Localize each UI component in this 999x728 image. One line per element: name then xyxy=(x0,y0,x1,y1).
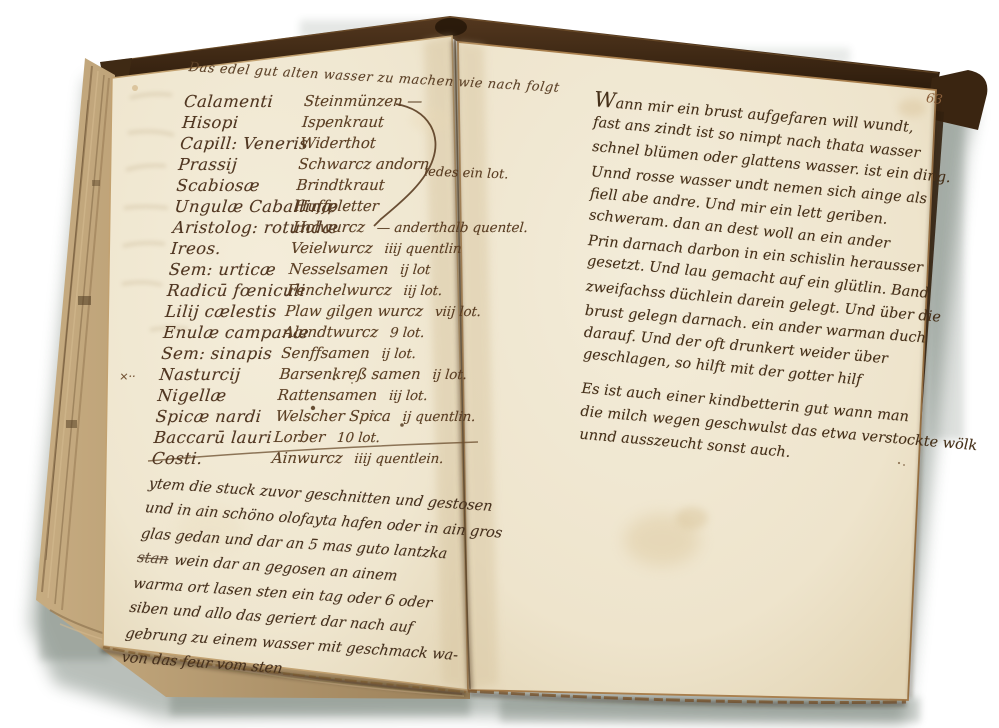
latin-name: Nigellæ xyxy=(157,386,228,405)
german-name: Barsenkreß samenij lot. xyxy=(279,365,468,383)
latin-name: Sem: sinapis xyxy=(161,344,274,363)
ingredient-row: Aristolog: rotundæHolwurcz— anderthalb q… xyxy=(114,218,506,238)
ingredient-row: HisopiIspenkraut xyxy=(123,113,515,133)
german-name: Brindtkraut xyxy=(296,176,398,194)
latin-name: Sem: urticæ xyxy=(168,260,277,279)
latin-name: Spicæ nardi xyxy=(155,407,262,426)
german-name: Ainwurcziiij quentlein. xyxy=(271,449,444,467)
ingredient-row: Ireos.Veielwurcziiij quentlin xyxy=(112,239,504,259)
german-name: Plaw gilgen wurczviij lot. xyxy=(284,302,481,320)
right-page-text-layer: Wann mir ein brust aufgefaren will wundt… xyxy=(577,82,979,535)
latin-name: Hisopi xyxy=(181,113,239,132)
ingredient-row: NasturcijBarsenkreß samenij lot. xyxy=(101,365,493,385)
ingredient-row: Ungulæ CaballinæHuffpletter xyxy=(116,197,508,217)
ingredient-row: Sem: sinapisSenffsamenij lot. xyxy=(102,344,494,364)
german-name: Widerthot xyxy=(300,134,389,152)
recipe-heading: Das edel gut alten wasser zu machen wie … xyxy=(188,60,561,96)
latin-name: Baccarū lauri xyxy=(153,428,273,447)
german-name: Schwarcz andorn xyxy=(298,155,443,173)
german-name: Senffsamenij lot. xyxy=(281,344,417,362)
ingredient-row: Baccarū lauriLorber10 lot. xyxy=(95,428,487,448)
german-name: Welscher Spicaij quentlin. xyxy=(275,407,476,425)
german-name: Huffpletter xyxy=(294,197,392,215)
ingredient-row: Capill: VenerisWiderthot xyxy=(121,134,513,154)
ingredient-row: Spicæ nardiWelscher Spicaij quentlin. xyxy=(97,407,489,427)
ingredient-row: Lilij cælestisPlaw gilgen wurczviij lot. xyxy=(106,302,498,322)
amount xyxy=(433,94,434,110)
german-name: Ispenkraut xyxy=(301,113,396,131)
german-name: Alandtwurcz9 lot. xyxy=(283,323,426,341)
ingredient-row: Radicū fœniculiFenchelwurcziij lot. xyxy=(108,281,500,301)
latin-name: Ireos. xyxy=(170,239,222,258)
latin-name: Costi. xyxy=(151,449,203,468)
german-name: Nesselsamenij lot xyxy=(288,260,431,278)
bracket-note: iedes ein lot. xyxy=(424,165,509,183)
german-name: Veielwurcziiij quentlin xyxy=(290,239,462,257)
latin-name: Capill: Veneris xyxy=(179,134,309,153)
german-name: Steinmünzen — xyxy=(303,92,435,110)
ingredient-row: Sem: urticæNesselsamenij lot xyxy=(110,260,502,280)
latin-name: Calamenti xyxy=(183,92,274,111)
ingredient-row: CalamentiSteinmünzen — xyxy=(125,92,517,112)
german-name: Rattensameniij lot. xyxy=(277,386,429,404)
german-name: Holwurcz— anderthalb quentel. xyxy=(292,218,529,236)
ingredient-row: Costi.Ainwurcziiij quentlein. xyxy=(93,449,485,469)
latin-name: Prassij xyxy=(178,155,239,174)
preparation-paragraph: ytem die stuck zuvor geschnitten und ges… xyxy=(120,472,518,696)
latin-name: Nasturcij xyxy=(159,365,242,384)
latin-name: Scabiosæ xyxy=(176,176,261,195)
folio-number: 63 xyxy=(925,91,943,108)
remedy-paragraph: Wann mir ein brust aufgefaren will wundt… xyxy=(582,86,978,402)
manuscript-book-photo: Das edel gut alten wasser zu machen wie … xyxy=(0,0,999,728)
spine-headband xyxy=(435,18,467,36)
margin-mark: ×·· xyxy=(119,370,136,383)
latin-name: Radicū fœniculi xyxy=(166,281,306,300)
struck-word: stan xyxy=(136,550,170,568)
ingredient-row: Enulæ campanæAlandtwurcz9 lot. xyxy=(104,323,496,343)
left-page-text-layer: Das edel gut alten wasser zu machen wie … xyxy=(73,58,520,688)
ingredient-row: NigellæRattensameniij lot. xyxy=(99,386,491,406)
german-name: Lorber10 lot. xyxy=(273,428,381,446)
latin-name: Lilij cælestis xyxy=(164,302,277,321)
german-name: Fenchelwurcziij lot. xyxy=(286,281,443,299)
